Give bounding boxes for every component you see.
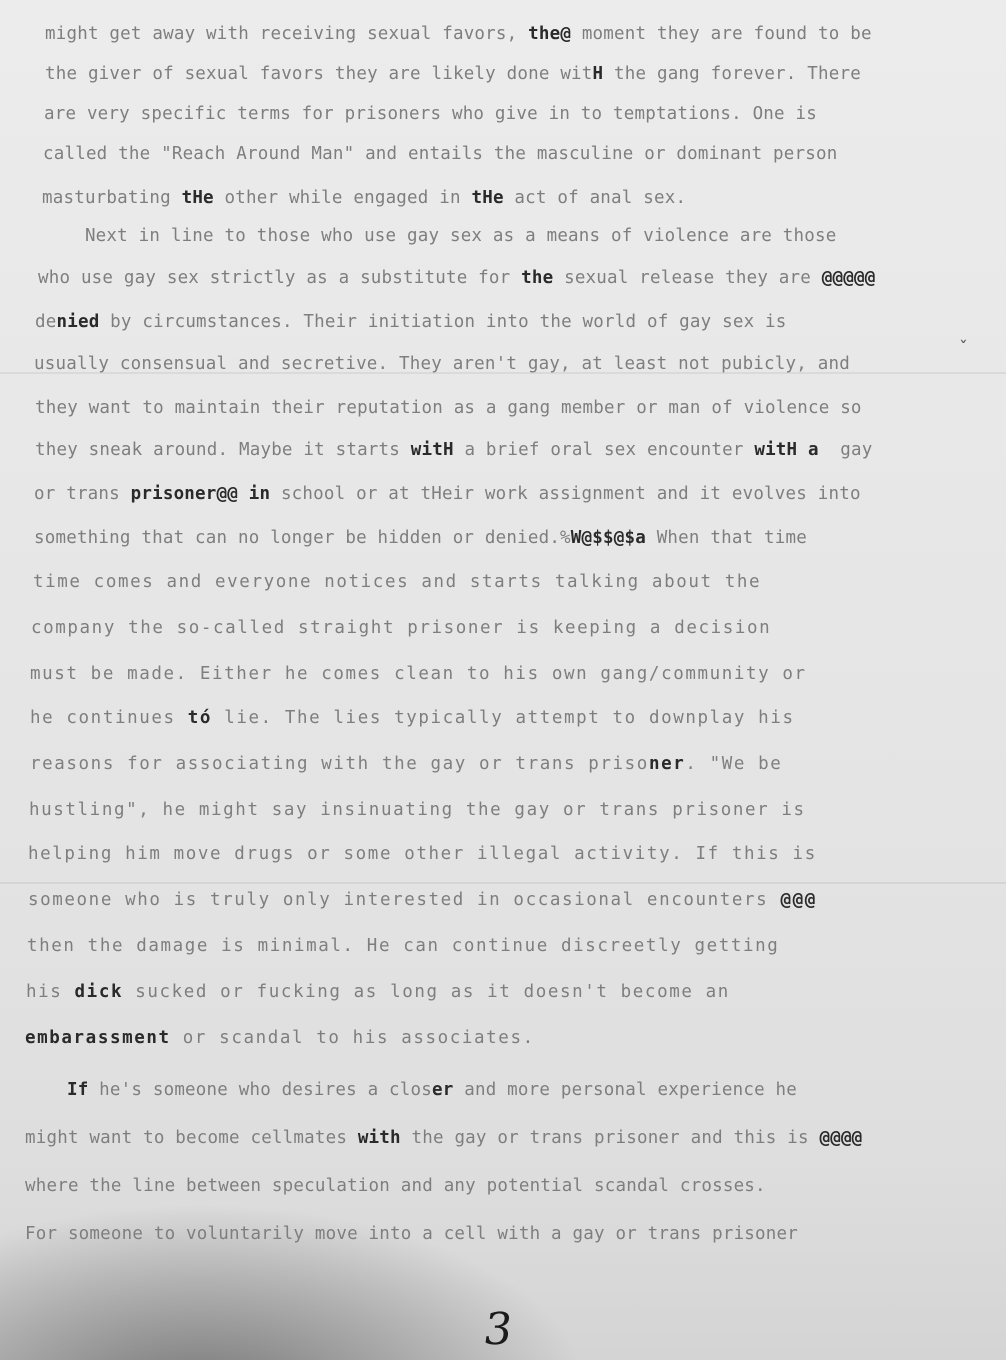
text-segment: they want to maintain their reputation a… [35, 398, 862, 418]
overstruck-text: er [432, 1080, 453, 1100]
text-line: then the damage is minimal. He can conti… [27, 934, 779, 958]
overstruck-text: @@@@@ [822, 268, 876, 288]
text-segment: company the so-called straight prisoner … [31, 618, 771, 638]
overstruck-text: dick [75, 982, 124, 1002]
text-segment: usually consensual and secretive. They a… [34, 354, 850, 374]
text-line: time comes and everyone notices and star… [33, 570, 761, 594]
text-segment: helping him move drugs or some other ill… [28, 844, 817, 864]
text-segment: de [35, 312, 56, 332]
text-segment: and more personal experience he [453, 1080, 797, 1100]
text-segment: sexual release they are [553, 268, 821, 288]
text-line: he continues tó lie. The lies typically … [30, 706, 795, 730]
text-segment: they sneak around. Maybe it starts [35, 440, 411, 460]
text-segment: act of anal sex. [504, 188, 687, 208]
text-line: masturbating tHe other while engaged in … [42, 186, 686, 210]
text-line: usually consensual and secretive. They a… [34, 352, 850, 376]
text-line: might want to become cellmates with the … [25, 1126, 862, 1150]
text-line: For someone to voluntarily move into a c… [25, 1222, 798, 1246]
margin-mark: ˇ [958, 338, 969, 359]
text-segment: masturbating [42, 188, 182, 208]
text-segment: reasons for associating with the gay or … [30, 754, 649, 774]
text-line: someone who is truly only interested in … [28, 888, 817, 912]
text-segment: might want to become cellmates [25, 1128, 358, 1148]
text-line: they sneak around. Maybe it starts witH … [35, 438, 872, 462]
text-segment: lie. The lies typically attempt to downp… [212, 708, 795, 728]
text-segment: the gay or trans prisoner and this is [401, 1128, 820, 1148]
text-segment: or trans [34, 484, 131, 504]
text-line: helping him move drugs or some other ill… [28, 842, 817, 866]
text-segment: moment they are found to be [571, 24, 872, 44]
text-line: embarassment or scandal to his associate… [25, 1026, 535, 1050]
text-line: are very specific terms for prisoners wh… [44, 102, 817, 126]
overstruck-text: tHe [182, 188, 214, 208]
text-segment: the gang forever. There [603, 64, 861, 84]
text-line: something that can no longer be hidden o… [34, 526, 807, 550]
text-line: where the line between speculation and a… [25, 1174, 766, 1198]
text-segment: or scandal to his associates. [171, 1028, 535, 1048]
text-segment: called the "Reach Around Man" and entail… [43, 144, 837, 164]
overstruck-text: with [358, 1128, 401, 1148]
text-segment: something that can no longer be hidden o… [34, 528, 571, 548]
overstruck-text: tHe [471, 188, 503, 208]
overstruck-text: prisoner@@ in [131, 484, 271, 504]
text-segment: . "We be [685, 754, 782, 774]
overstruck-text: W@$$@$a [571, 528, 646, 548]
text-line: hustling", he might say insinuating the … [29, 798, 806, 822]
text-segment: hustling", he might say insinuating the … [29, 800, 806, 820]
text-segment: he's someone who desires a clos [88, 1080, 432, 1100]
text-line: denied by circumstances. Their initiatio… [35, 310, 787, 334]
text-segment: gay [819, 440, 873, 460]
overstruck-text: If [67, 1080, 88, 1100]
text-segment: then the damage is minimal. He can conti… [27, 936, 779, 956]
text-segment: he continues [30, 708, 188, 728]
overstruck-text: embarassment [25, 1028, 171, 1048]
text-segment: When that time [646, 528, 807, 548]
text-line: If he's someone who desires a closer and… [24, 1078, 797, 1102]
text-line: company the so-called straight prisoner … [31, 616, 771, 640]
text-segment: his [26, 982, 75, 1002]
text-segment: by circumstances. Their initiation into … [99, 312, 786, 332]
overstruck-text: @@@ [780, 890, 816, 910]
text-line: might get away with receiving sexual fav… [45, 22, 872, 46]
text-line: who use gay sex strictly as a substitute… [38, 266, 875, 290]
text-segment: might get away with receiving sexual fav… [45, 24, 528, 44]
text-segment: Next in line to those who use gay sex as… [42, 226, 836, 246]
text-line: Next in line to those who use gay sex as… [42, 224, 836, 248]
text-line: or trans prisoner@@ in school or at tHei… [34, 482, 861, 506]
text-segment [24, 1080, 67, 1100]
overstruck-text: @@@@ [819, 1128, 862, 1148]
text-segment: who use gay sex strictly as a substitute… [38, 268, 521, 288]
text-line: called the "Reach Around Man" and entail… [43, 142, 837, 166]
text-segment: where the line between speculation and a… [25, 1176, 766, 1196]
overstruck-text: the@ [528, 24, 571, 44]
overstruck-text: ner [649, 754, 685, 774]
text-segment: must be made. Either he comes clean to h… [30, 664, 807, 684]
overstruck-text: nied [56, 312, 99, 332]
overstruck-text: the [521, 268, 553, 288]
text-line: his dick sucked or fucking as long as it… [26, 980, 730, 1004]
paper-fold [0, 882, 1006, 884]
text-line: reasons for associating with the gay or … [30, 752, 782, 776]
text-segment: For someone to voluntarily move into a c… [25, 1224, 798, 1244]
text-segment: sucked or fucking as long as it doesn't … [123, 982, 730, 1002]
text-segment: are very specific terms for prisoners wh… [44, 104, 817, 124]
text-segment: time comes and everyone notices and star… [33, 572, 761, 592]
text-segment: a brief oral sex encounter [454, 440, 755, 460]
text-line: they want to maintain their reputation a… [35, 396, 862, 420]
text-line: the giver of sexual favors they are like… [45, 62, 861, 86]
overstruck-text: tó [188, 708, 212, 728]
text-segment: the giver of sexual favors they are like… [45, 64, 593, 84]
text-segment: other while engaged in [214, 188, 472, 208]
overstruck-text: witH [411, 440, 454, 460]
text-line: must be made. Either he comes clean to h… [30, 662, 807, 686]
text-segment: school or at tHeir work assignment and i… [270, 484, 860, 504]
text-segment: someone who is truly only interested in … [28, 890, 780, 910]
overstruck-text: H [593, 64, 604, 84]
overstruck-text: witH a [754, 440, 818, 460]
